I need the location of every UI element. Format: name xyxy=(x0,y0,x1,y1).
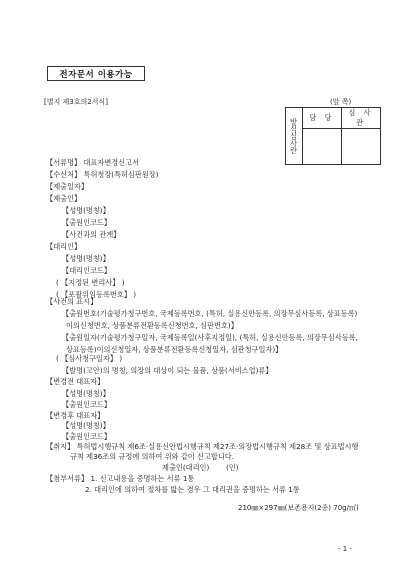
recipient-row: 【수신처】 특허청장(특허심판원장) xyxy=(46,170,159,179)
designated-attorney-label: ( 【지정된 변리사】 ) xyxy=(56,278,125,287)
before-rep-code-label: 【출원인코드】 xyxy=(62,400,111,409)
attachment-2: 2. 대리인에 의하여 절차를 밟는 경우 그 대리권을 증명하는 서류 1통 xyxy=(85,485,300,494)
submit-date-label: 【제출일자】 xyxy=(46,182,88,191)
invention-title-label: 【발명(고안)의 명칭, 의장의 대상이 되는 물품, 상품(서비스업)류】 xyxy=(62,366,273,375)
front-page-label: (앞 쪽) xyxy=(330,97,351,107)
form-number: [별지 제3호의2서식] xyxy=(44,97,108,107)
review-col-examiner: 심 사 관 xyxy=(342,108,381,129)
review-col-officer: 담 당 xyxy=(303,108,342,129)
examiner-stamp-cell[interactable] xyxy=(342,129,381,165)
before-representative-label: 【변경전 대표자】 xyxy=(46,377,104,386)
exam-request-date-label: ( 【심사청구일자】 ) xyxy=(56,354,122,363)
agent-label: 【대리인】 xyxy=(46,242,81,251)
agent-name-label: 【성명(명칭)】 xyxy=(62,254,110,263)
electronic-document-banner: 전자문서 이용가능 xyxy=(47,66,145,81)
submitter-relation-label: 【사건과의 관계】 xyxy=(62,230,120,239)
recipient-label: 【수신처】 xyxy=(46,170,81,179)
purpose-line-2: 규칙 제36조의 규정에 의하여 위와 같이 신고합니다. xyxy=(70,452,234,461)
attachments-row: 【첨부서류】 1. 신고내용을 증명하는 서류 1통 xyxy=(46,474,194,483)
signer-label: 제출인(대리인) xyxy=(162,463,209,472)
application-date-line-1: 【출원일자(기술평가청구일자, 국제등록일(사후지정일), (특허, 실용신안등… xyxy=(62,333,358,342)
case-display-label: 【사건의 표시】 xyxy=(46,297,97,306)
application-number-line-2: 이의신청번호, 상품분류전환등록신청번호, 심판번호)】 xyxy=(66,321,238,330)
paper-spec: 210㎜×297㎜(보존용지(2종) 70g/㎡) xyxy=(238,503,359,513)
seal-label[interactable]: (인) xyxy=(226,463,239,472)
submitter-code-label: 【출원인코드】 xyxy=(62,218,111,227)
doc-name-value: 대표자변경신고서 xyxy=(84,158,140,167)
submitter-name-label: 【성명(명칭)】 xyxy=(62,206,110,215)
after-rep-code-label: 【출원인코드】 xyxy=(62,432,111,441)
application-number-line-1: 【출원번호(기술평가청구번호, 국제등록번호, (특허, 실용신안등록, 의장무… xyxy=(62,309,357,318)
after-rep-name-label: 【성명(명칭)】 xyxy=(62,421,110,430)
submitter-label: 【제출인】 xyxy=(46,194,81,203)
before-rep-name-label: 【성명(명칭)】 xyxy=(62,389,110,398)
recipient-value: 특허청장(특허심판원장) xyxy=(84,170,159,179)
agent-code-label: 【대리인코드】 xyxy=(62,266,111,275)
after-representative-label: 【변경후 대표자】 xyxy=(46,411,104,420)
attachments-label: 【첨부서류】 xyxy=(46,474,88,483)
officer-stamp-cell[interactable] xyxy=(303,129,342,165)
doc-name-label: 【서류명】 xyxy=(46,158,81,167)
purpose-line-1: 【취지】 특허법시행규칙 제6조·실용신안법시행규칙 제27조·의장법시행규칙 … xyxy=(46,442,358,451)
formality-review-table: 방식심사란 담 당 심 사 관 xyxy=(285,107,381,165)
doc-name-row: 【서류명】 대표자변경신고서 xyxy=(46,158,139,167)
attachment-1: 1. 신고내용을 증명하는 서류 1통 xyxy=(90,474,194,483)
application-date-line-2: 상표등록)이의신청일자, 상품분류전환등록신청일자, 심판청구일자)】 xyxy=(66,345,282,354)
page-number: - 1 - xyxy=(338,545,352,553)
review-side-label: 방식심사란 xyxy=(286,108,303,165)
